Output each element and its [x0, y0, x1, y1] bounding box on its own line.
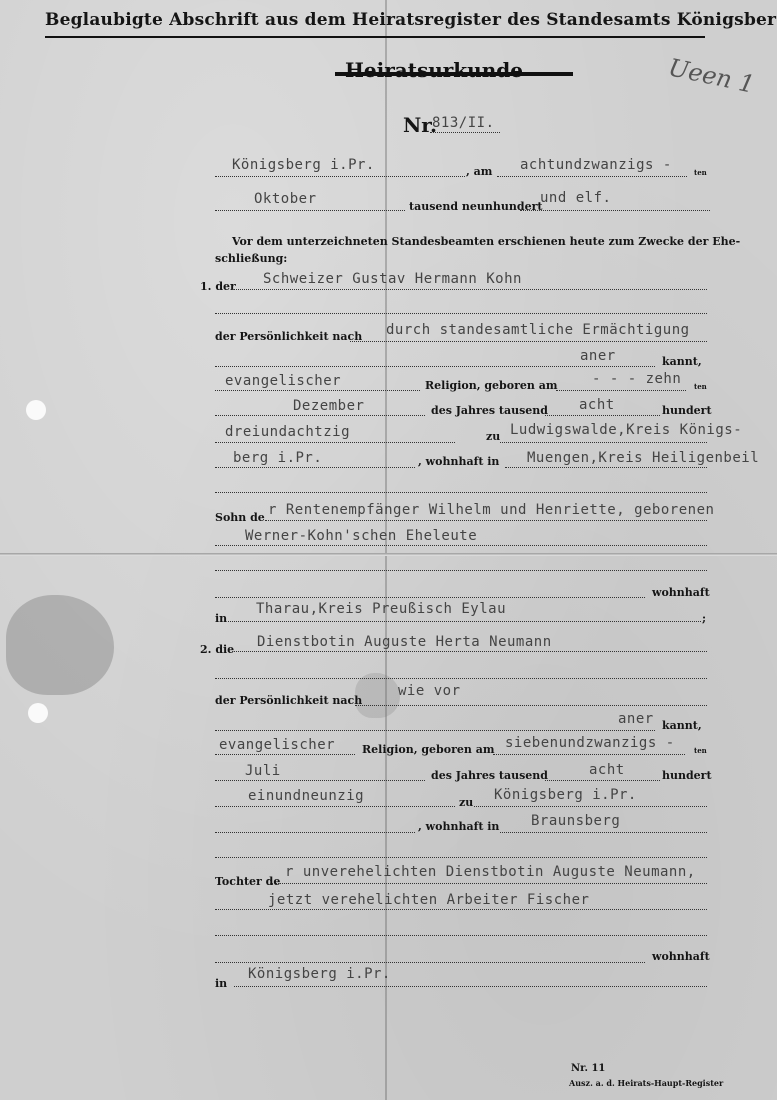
groom-parents-residence: Tharau,Kreis Preußisch Eylau [256, 601, 506, 617]
bride-identity-value: wie vor [398, 683, 461, 699]
form-number: Nr. 11 [571, 1063, 605, 1074]
certificate-title-struck: Heiratsurkunde [345, 58, 523, 82]
dotted-line [215, 597, 645, 598]
dotted-line [215, 467, 415, 468]
dotted-line [215, 730, 655, 731]
dotted-line [234, 986, 707, 987]
bride-religion: evangelischer [219, 737, 335, 753]
bride-parents-residence: Königsberg i.Pr. [248, 966, 391, 982]
bride-residence: Braunsberg [531, 813, 620, 829]
bride-birth-day: siebenundzwanzigs - [505, 735, 675, 751]
dotted-line [270, 883, 707, 884]
dotted-line [215, 832, 415, 833]
dotted-line [500, 832, 707, 833]
bride-identity-value-2: aner [618, 711, 654, 727]
form-subtitle: Ausz. a. d. Heirats-Haupt-Register [569, 1078, 723, 1088]
header-underline [45, 36, 705, 38]
am-label: , am [466, 165, 492, 178]
title-strikethrough [335, 72, 573, 76]
dotted-line [215, 935, 707, 936]
groom-birth-place: Ludwigswalde,Kreis Königs- [510, 422, 742, 438]
groom-religion-label: Religion, geboren am [425, 379, 557, 392]
bride-birth-century: acht [589, 762, 625, 778]
groom-residence: Muengen,Kreis Heiligenbeil [527, 450, 759, 466]
certificate-number: 813/II. [432, 115, 495, 131]
dotted-line [215, 492, 707, 493]
punch-hole [28, 703, 48, 723]
groom-identity-label: der Persönlichkeit nach [215, 330, 362, 343]
dotted-line [350, 341, 707, 342]
groom-parents-in-label: in [215, 612, 227, 625]
dotted-line [215, 780, 425, 781]
day-suffix: ten [694, 168, 707, 177]
bride-birth-month: Juli [245, 763, 281, 779]
bride-parents-in-label: in [215, 977, 227, 990]
intro-text-continued: schließung: [215, 252, 287, 265]
groom-religion: evangelischer [225, 373, 341, 389]
tausend-label: tausend neunhundert [409, 200, 542, 213]
groom-birth-day-suffix: ten [694, 382, 707, 391]
dotted-line [232, 651, 707, 652]
bride-wohnhaft-label: , wohnhaft in [418, 820, 499, 833]
month-value: Oktober [254, 191, 317, 207]
groom-parents-continued: Werner-Kohn'schen Eheleute [245, 528, 477, 544]
dotted-line [228, 621, 701, 622]
dotted-line [215, 909, 707, 910]
bride-kannt-label: kannt, [662, 719, 702, 732]
bride-birth-day-suffix: ten [694, 746, 707, 755]
bride-hundert-label: hundert [662, 769, 712, 782]
dotted-line [500, 442, 707, 443]
groom-wohnhaft-label: , wohnhaft in [418, 455, 499, 468]
dotted-line [215, 678, 707, 679]
dotted-line [232, 289, 707, 290]
dotted-line [215, 754, 355, 755]
dotted-line [493, 754, 685, 755]
dotted-line [430, 132, 500, 133]
dotted-line [215, 176, 465, 177]
groom-birth-century: acht [579, 397, 615, 413]
dotted-line [215, 857, 707, 858]
day-value: achtundzwanzigs - [520, 157, 672, 173]
groom-kannt-label: kannt, [662, 355, 702, 368]
groom-parents: r Rentenempfänger Wilhelm und Henriette,… [268, 502, 714, 518]
bride-parents-wohnhaft-label: wohnhaft [652, 950, 710, 963]
intro-text: Vor dem unterzeichneten Standesbeamten e… [232, 235, 740, 248]
dotted-line [215, 570, 707, 571]
bride-zu-label: zu [459, 796, 473, 809]
horizontal-fold [0, 553, 777, 556]
bride-parents: r unverehelichten Dienstbotin Auguste Ne… [285, 864, 696, 880]
groom-zu-label: zu [486, 430, 500, 443]
water-stain [6, 595, 114, 695]
groom-hundert-label: hundert [662, 404, 712, 417]
dotted-line [556, 390, 686, 391]
dotted-line [215, 366, 655, 367]
dotted-line [355, 705, 707, 706]
dotted-line [215, 415, 425, 416]
bride-religion-label: Religion, geboren am [362, 743, 494, 756]
dotted-line [215, 390, 420, 391]
dotted-line [265, 520, 707, 521]
bride-identity-label: der Persönlichkeit nach [215, 694, 362, 707]
dotted-line [545, 415, 660, 416]
dotted-line [215, 962, 645, 963]
certificate-header: Beglaubigte Abschrift aus dem Heiratsreg… [45, 10, 777, 30]
bride-name: Dienstbotin Auguste Herta Neumann [257, 634, 552, 650]
dotted-line [474, 806, 707, 807]
groom-birth-day: - - - zehn [592, 371, 681, 387]
groom-name: Schweizer Gustav Hermann Kohn [263, 271, 522, 287]
dotted-line [505, 467, 707, 468]
bride-birth-year: einundneunzig [248, 788, 364, 804]
bride-jahres-label: des Jahres tausend [431, 769, 548, 782]
groom-parents-label: Sohn de [215, 511, 265, 524]
groom-birth-month: Dezember [293, 398, 364, 414]
dotted-line [520, 210, 710, 211]
groom-birth-place-continued: berg i.Pr. [233, 450, 322, 466]
bride-parents-label: Tochter de [215, 875, 280, 888]
dotted-line [215, 545, 707, 546]
dotted-line [215, 313, 707, 314]
groom-identity-value: durch standesamtliche Ermächtigung [386, 322, 690, 338]
place-value: Königsberg i.Pr. [232, 157, 375, 173]
dotted-line [215, 806, 455, 807]
bride-number-label: 2. die [200, 643, 234, 656]
bride-birth-place: Königsberg i.Pr. [494, 787, 637, 803]
groom-jahres-label: des Jahres tausend [431, 404, 548, 417]
year-value: und elf. [540, 190, 611, 206]
dotted-line [215, 210, 405, 211]
groom-number-label: 1. der [200, 280, 236, 293]
groom-birth-year: dreiundachtzig [225, 424, 350, 440]
punch-hole [26, 400, 46, 420]
dotted-line [215, 442, 455, 443]
bride-parents-continued: jetzt verehelichten Arbeiter Fischer [268, 892, 589, 908]
dotted-line [545, 780, 660, 781]
semicolon: ; [702, 612, 706, 625]
groom-parents-wohnhaft-label: wohnhaft [652, 586, 710, 599]
dotted-line [497, 176, 687, 177]
groom-identity-value-2: aner [580, 348, 616, 364]
